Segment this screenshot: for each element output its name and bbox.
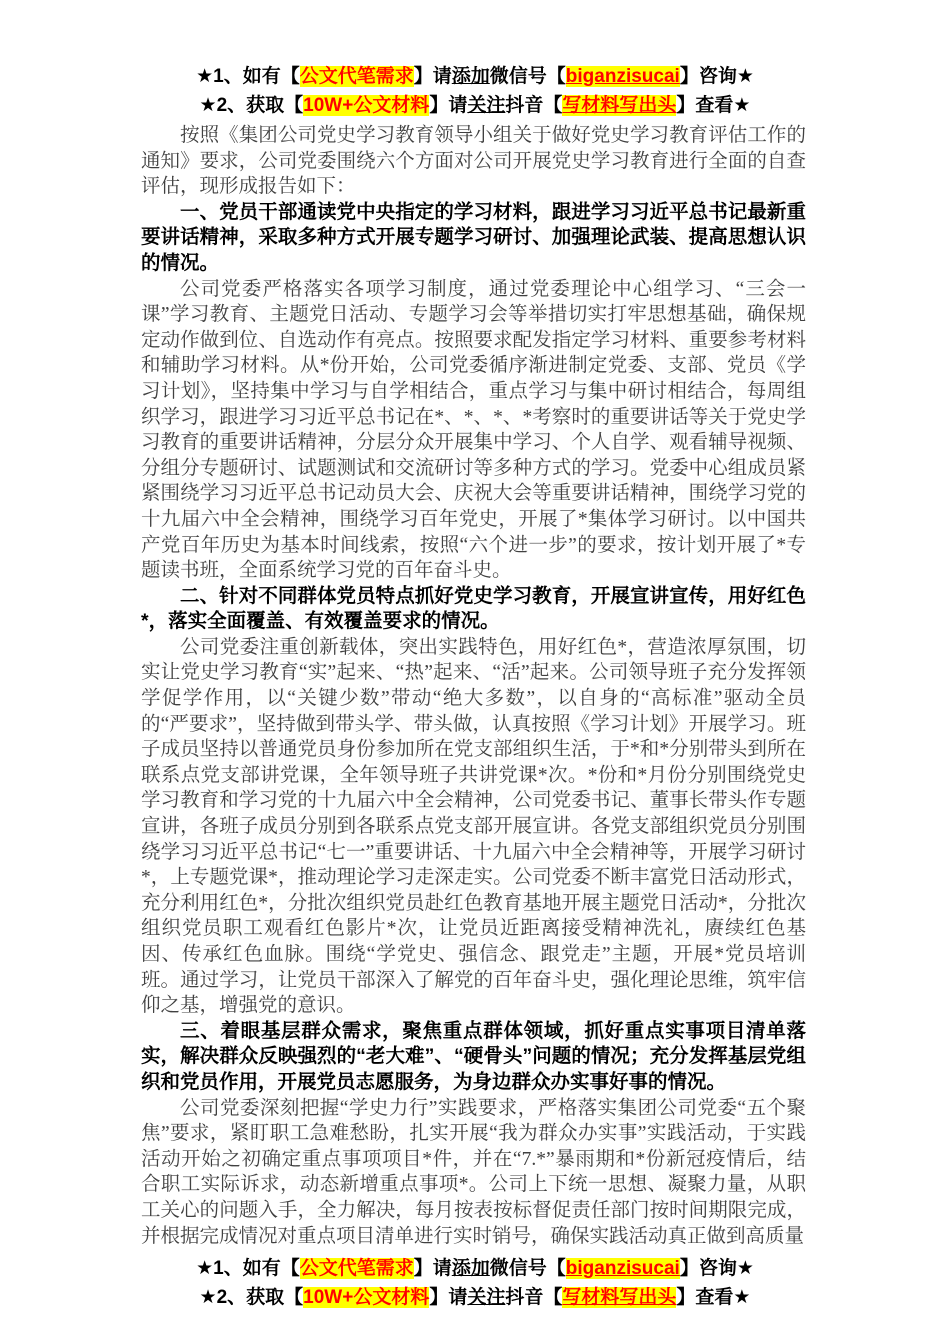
promo-text: 抖音【 bbox=[505, 1287, 562, 1308]
promo-suffix: 】查看★ bbox=[676, 1287, 750, 1308]
report-heading-3: 三、着眼基层群众需求，聚焦重点群体领域，抓好重点实事项目清单落实，解决群众反映强… bbox=[141, 1019, 806, 1096]
promo-douyin-name: 写材料写出头 bbox=[562, 1287, 676, 1308]
promo-highlight-service: 公文代笔需求 bbox=[300, 1258, 414, 1279]
promo-highlight-materials: 10W+公文材料 bbox=[303, 95, 429, 116]
promo-highlight-service: 公文代笔需求 bbox=[300, 66, 414, 87]
document-page: ★1、如有【公文代笔需求】请添加微信号【biganzisucai】咨询★ ★2、… bbox=[0, 0, 950, 1344]
report-heading-2: 二、针对不同群体党员特点抓好党史学习教育，开展宣讲宣传，用好红色*，落实全面覆盖… bbox=[141, 584, 806, 635]
promo-wechat-id: biganzisucai bbox=[566, 1258, 680, 1279]
promo-underline-add: 添加 bbox=[452, 66, 490, 87]
promo-text: 微信号【 bbox=[490, 1258, 566, 1279]
promo-underline-follow: 关注 bbox=[467, 1287, 505, 1308]
promo-line-1: ★1、如有【公文代笔需求】请添加微信号【biganzisucai】咨询★ bbox=[0, 1254, 950, 1283]
promo-banner-bottom: ★1、如有【公文代笔需求】请添加微信号【biganzisucai】咨询★ ★2、… bbox=[0, 1254, 950, 1312]
report-intro-paragraph: 按照《集团公司党史学习教育领导小组关于做好党史学习教育评估工作的通知》要求，公司… bbox=[141, 123, 806, 200]
promo-banner-top: ★1、如有【公文代笔需求】请添加微信号【biganzisucai】咨询★ ★2、… bbox=[0, 62, 950, 120]
promo-prefix: ★2、获取【 bbox=[200, 1287, 304, 1308]
promo-text: 】请 bbox=[429, 95, 467, 116]
promo-text: 】请 bbox=[429, 1287, 467, 1308]
promo-highlight-materials: 10W+公文材料 bbox=[303, 1287, 429, 1308]
promo-douyin-name: 写材料写出头 bbox=[562, 95, 676, 116]
promo-line-2: ★2、获取【10W+公文材料】请关注抖音【写材料写出头】查看★ bbox=[0, 1283, 950, 1312]
promo-prefix: ★1、如有【 bbox=[196, 66, 300, 87]
promo-line-2: ★2、获取【10W+公文材料】请关注抖音【写材料写出头】查看★ bbox=[0, 91, 950, 120]
promo-underline-add: 添加 bbox=[452, 1258, 490, 1279]
report-body: 按照《集团公司党史学习教育领导小组关于做好党史学习教育评估工作的通知》要求，公司… bbox=[141, 123, 806, 1249]
report-heading-1: 一、党员干部通读党中央指定的学习材料，跟进学习习近平总书记最新重要讲话精神，采取… bbox=[141, 200, 806, 277]
report-paragraph-2: 公司党委注重创新载体，突出实践特色，用好红色*，营造浓厚氛围，切实让党史学习教育… bbox=[141, 635, 806, 1019]
promo-text: 抖音【 bbox=[505, 95, 562, 116]
report-paragraph-1: 公司党委严格落实各项学习制度，通过党委理论中心组学习、“三会一课”学习教育、主题… bbox=[141, 277, 806, 584]
promo-suffix: 】咨询★ bbox=[680, 1258, 754, 1279]
promo-underline-follow: 关注 bbox=[467, 95, 505, 116]
promo-text: 】请 bbox=[414, 66, 452, 87]
promo-text: 】请 bbox=[414, 1258, 452, 1279]
promo-suffix: 】查看★ bbox=[676, 95, 750, 116]
promo-line-1: ★1、如有【公文代笔需求】请添加微信号【biganzisucai】咨询★ bbox=[0, 62, 950, 91]
promo-suffix: 】咨询★ bbox=[680, 66, 754, 87]
promo-text: 微信号【 bbox=[490, 66, 566, 87]
report-paragraph-3: 公司党委深刻把握“学史力行”实践要求，严格落实集团公司党委“五个聚焦”要求，紧盯… bbox=[141, 1096, 806, 1250]
promo-prefix: ★2、获取【 bbox=[200, 95, 304, 116]
promo-wechat-id: biganzisucai bbox=[566, 66, 680, 87]
promo-prefix: ★1、如有【 bbox=[196, 1258, 300, 1279]
